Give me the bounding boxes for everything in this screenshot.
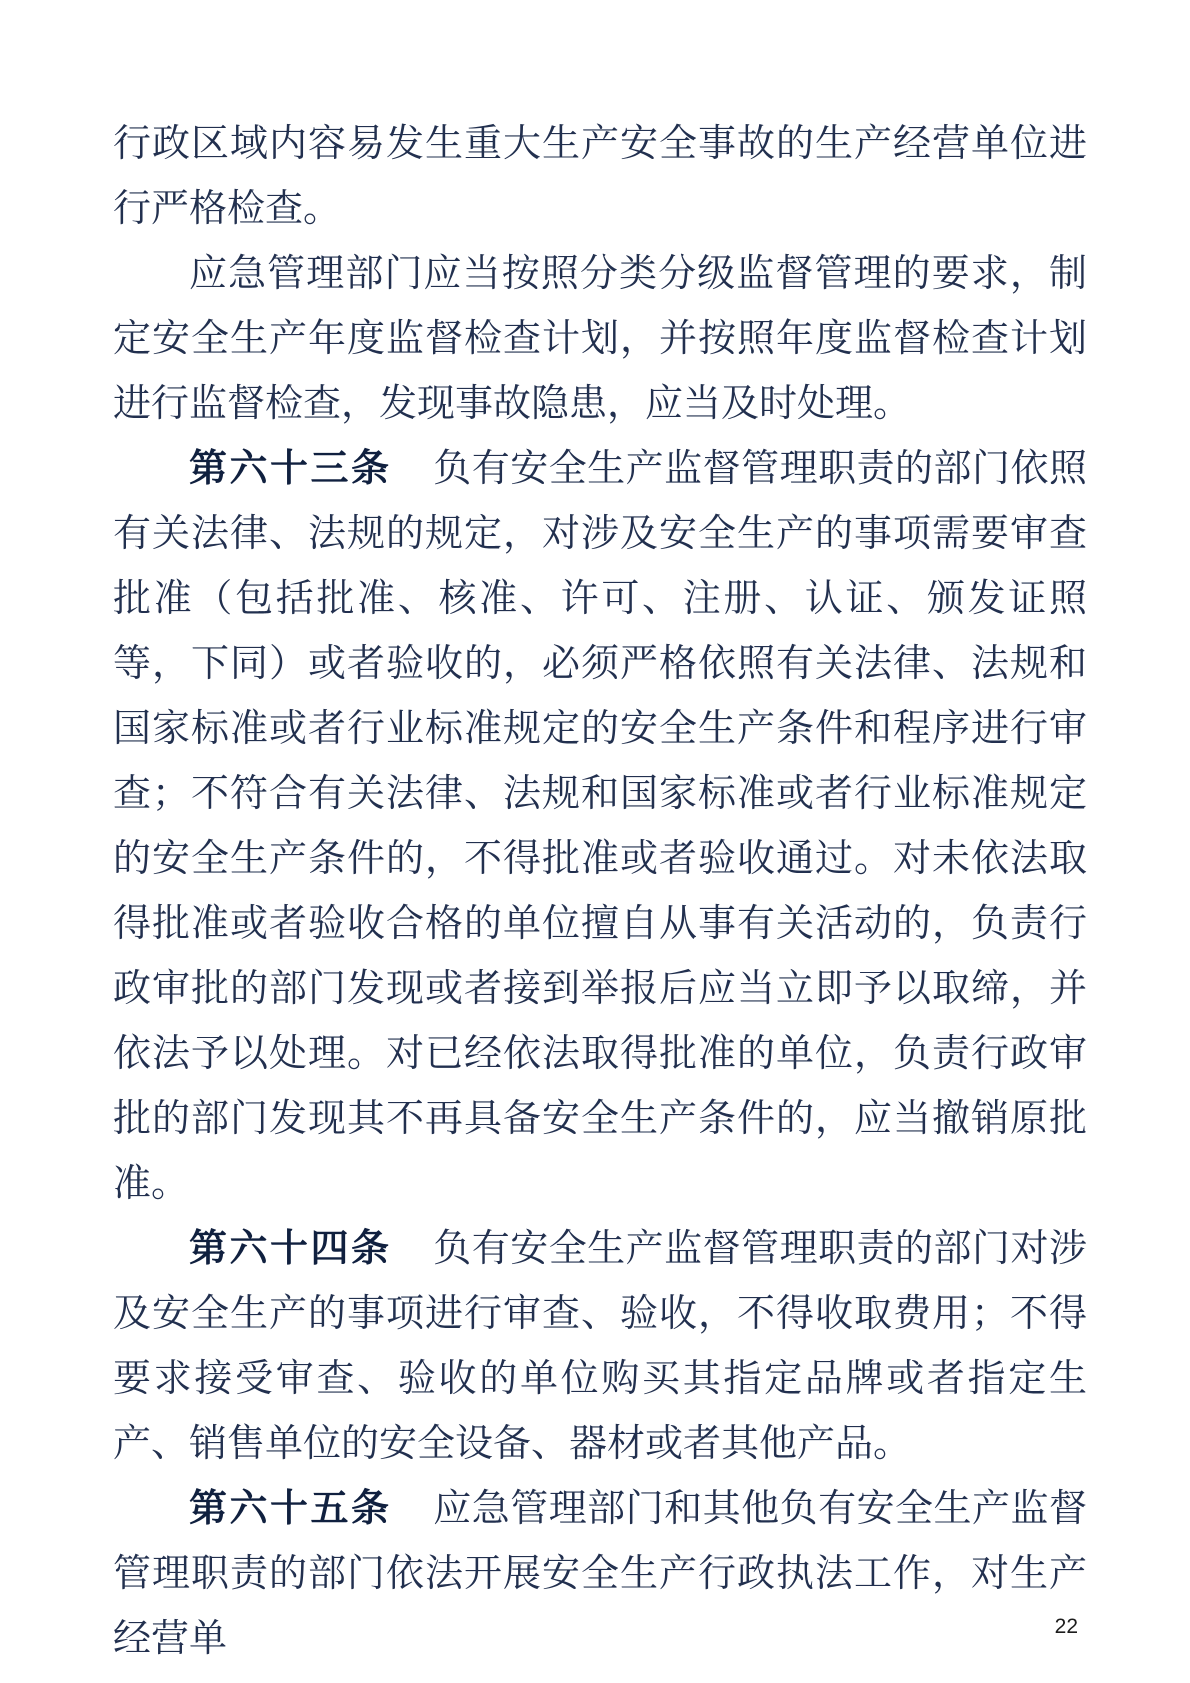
paragraph: 应急管理部门应当按照分类分级监督管理的要求，制定安全生产年度监督检查计划，并按照…	[113, 242, 1087, 437]
document-body: 行政区域内容易发生重大生产安全事故的生产经营单位进行严格检查。应急管理部门应当按…	[113, 112, 1087, 1672]
article-number: 第六十四条	[189, 1228, 391, 1270]
page-number: 22	[1055, 1616, 1078, 1637]
paragraph: 第六十五条应急管理部门和其他负有安全生产监督管理职责的部门依法开展安全生产行政执…	[113, 1477, 1087, 1672]
paragraph: 第六十三条负有安全生产监督管理职责的部门依照有关法律、法规的规定，对涉及安全生产…	[113, 437, 1087, 1217]
paragraph: 第六十四条负有安全生产监督管理职责的部门对涉及安全生产的事项进行审查、验收，不得…	[113, 1217, 1087, 1477]
page: 行政区域内容易发生重大生产安全事故的生产经营单位进行严格检查。应急管理部门应当按…	[0, 0, 1190, 1683]
paragraph: 行政区域内容易发生重大生产安全事故的生产经营单位进行严格检查。	[113, 112, 1087, 242]
article-number: 第六十三条	[189, 448, 391, 490]
article-number: 第六十五条	[189, 1488, 391, 1530]
